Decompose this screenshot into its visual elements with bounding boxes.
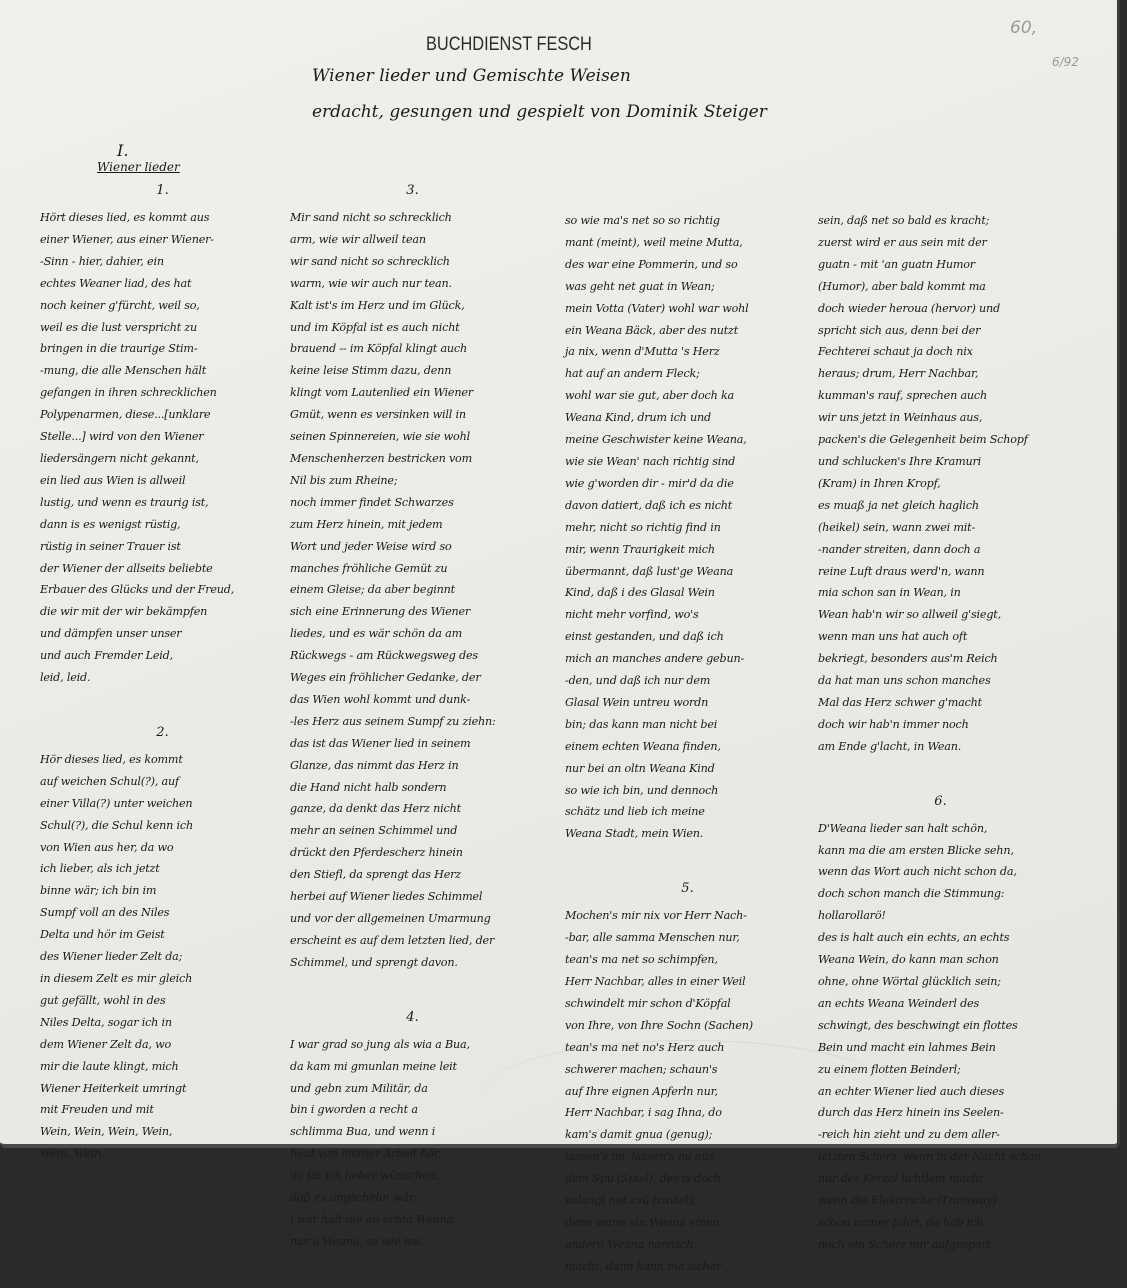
lyric-line: Mal das Herz schwer g'macht (818, 692, 1083, 714)
lyric-line: sein, daß net so bald es kracht; (818, 210, 1083, 232)
lyric-line: schwingt, des beschwingt ein flottes (818, 1015, 1083, 1037)
lyric-line: Hört dieses lied, es kommt aus (40, 207, 305, 229)
lyric-line: gefangen in ihren schrecklichen (40, 382, 305, 404)
lyric-line: mir die laute klingt, mich (40, 1056, 305, 1078)
lyric-line: Wort und jeder Weise wird so (290, 536, 555, 558)
lyric-line: zuerst wird er aus sein mit der (818, 232, 1083, 254)
lyric-line: Kind, daß i des Glasal Wein (565, 582, 830, 604)
lyric-line: gut gefällt, wohl in des (40, 990, 305, 1012)
lyric-line: wie g'worden dir - mir'd da die (565, 473, 830, 495)
lyric-line: hollarollarö! (818, 905, 1083, 927)
lyric-line: mehr, nicht so richtig find in (565, 517, 830, 539)
lyric-line: Niles Delta, sogar ich in (40, 1012, 305, 1034)
lyric-line: des is halt auch ein echts, an echts (818, 927, 1083, 949)
lyric-line: ganze, da denkt das Herz nicht (290, 798, 555, 820)
lyric-line: liedersängern nicht gekannt, (40, 448, 305, 470)
lyric-line: klingt vom Lautenlied ein Wiener (290, 382, 555, 404)
lyric-line: D'Weana lieder san halt schön, (818, 818, 1083, 840)
lyric-line: dann is es wenigst rüstig, (40, 514, 305, 536)
lyric-line: -Sinn - hier, dahier, ein (40, 251, 305, 273)
lyric-line: -bar, alle samma Menschen nur, (565, 927, 830, 949)
lyric-line: der Wiener der allseits beliebte (40, 558, 305, 580)
lyric-line: keine leise Stimm dazu, denn (290, 360, 555, 382)
lyric-line: sich eine Erinnerung des Wiener (290, 601, 555, 623)
lyric-line: letzten Scherz, wenn in der Nacht schon (818, 1146, 1083, 1154)
lyric-line: am Ende g'lacht, in Wean. (818, 736, 1083, 758)
lyric-line: Wein, Wein. (40, 1143, 305, 1154)
lyric-line: und vor der allgemeinen Umarmung (290, 908, 555, 930)
lyric-line: -mung, die alle Menschen hält (40, 360, 305, 382)
lyric-line: den Stiefl, da sprengt das Herz (290, 864, 555, 886)
stanza-number: 1. (20, 183, 305, 201)
lyric-line: einst gestanden, und daß ich (565, 626, 830, 648)
lyric-line: Sumpf voll an des Niles (40, 902, 305, 924)
lyric-line: es muaß ja net gleich haglich (818, 495, 1083, 517)
lyric-line: die Hand nicht halb sondern (290, 777, 555, 799)
lyric-line: noch immer findet Schwarzes (290, 492, 555, 514)
lyric-line: ich lieber, als ich jetzt (40, 858, 305, 880)
lyric-stanza: 2.Hör dieses lied, es kommtauf weichen S… (40, 725, 305, 1154)
lyric-line: guatn - mit 'an guatn Humor (818, 254, 1083, 276)
lyric-line: warm, wie wir auch nur tean. (290, 273, 555, 295)
lyric-line: und schlucken's Ihre Kramuri (818, 451, 1083, 473)
lyric-line: -les Herz aus seinem Sumpf zu ziehn: (290, 711, 555, 733)
lyric-line: ein lied aus Wien is allweil (40, 470, 305, 492)
lyric-line: schätz und lieb ich meine (565, 801, 830, 823)
lyric-line: die wir mit der wir bekämpfen (40, 601, 305, 623)
lyric-line: so wie ich bin, und dennoch (565, 780, 830, 802)
lyrics-column: 3.Mir sand nicht so schrecklicharm, wie … (290, 183, 555, 1154)
stanza-number: 4. (270, 1010, 555, 1028)
record-sleeve-back: BUCHDIENST FESCH Wiener lieder und Gemis… (0, 0, 1120, 1148)
lyric-line: Polypenarmen, diese...[unklare (40, 404, 305, 426)
lyric-line: brauend -- im Köpfal klingt auch (290, 338, 555, 360)
lyric-line: seinen Spinnereien, wie sie wohl (290, 426, 555, 448)
lyrics-column: so wie ma's net so so richtigmant (meint… (565, 210, 830, 1154)
lyric-line: (Humor), aber bald kommt ma (818, 276, 1083, 298)
lyric-line: Erbauer des Glücks und der Freud, (40, 579, 305, 601)
lyric-line: zum Herz hinein, mit jedem (290, 514, 555, 536)
lyric-line: doch schon manch die Stimmung: (818, 883, 1083, 905)
lyric-line: wenn das Wort auch nicht schon da, (818, 861, 1083, 883)
lyric-line: liedes, und es wär schön da am (290, 623, 555, 645)
lyric-line: und im Köpfal ist es auch nicht (290, 317, 555, 339)
lyric-line: mia schon san in Wean, in (818, 582, 1083, 604)
lyric-line: -nander streiten, dann doch a (818, 539, 1083, 561)
lyric-line: Delta und hör im Geist (40, 924, 305, 946)
ring-wear-mark (480, 1040, 900, 1151)
lyric-line: Glanze, das nimmt das Herz in (290, 755, 555, 777)
lyric-line: mich an manches andere gebun- (565, 648, 830, 670)
lyric-line: Fechterei schaut ja doch nix (818, 341, 1083, 363)
lyric-line: erscheint es auf dem letzten lied, der (290, 930, 555, 952)
lyric-line: Bein und macht ein lahmes Bein (818, 1037, 1083, 1059)
lyric-line: Gmüt, wenn es versinken will in (290, 404, 555, 426)
lyric-line: reine Luft draus werd'n, wann (818, 561, 1083, 583)
lyric-line: an echts Weana Weinderl des (818, 993, 1083, 1015)
lyric-line: schwindelt mir schon d'Köpfal (565, 993, 830, 1015)
lyric-line: was geht net guat in Wean; (565, 276, 830, 298)
lyric-line: und dämpfen unser unser (40, 623, 305, 645)
lyric-line: Nil bis zum Rheine; (290, 470, 555, 492)
lyric-line: ja nix, wenn d'Mutta 's Herz (565, 341, 830, 363)
lyric-line: Stelle...] wird von den Wiener (40, 426, 305, 448)
lyric-line: doch wieder heroua (hervor) und (818, 298, 1083, 320)
lyric-line: lustig, und wenn es traurig ist, (40, 492, 305, 514)
lyric-line: in diesem Zelt es mir gleich (40, 968, 305, 990)
lyric-line: wir sand nicht so schrecklich (290, 251, 555, 273)
section-number: I. (117, 141, 128, 160)
lyric-line: echtes Weaner liad, des hat (40, 273, 305, 295)
publisher-label: BUCHDIENST FESCH (426, 34, 592, 56)
stanza-number: 5. (545, 881, 830, 899)
pencil-date-note: 6/92 (1052, 55, 1079, 69)
pencil-price-note: 60, (1010, 18, 1037, 38)
lyric-line: binne wär; ich bin im (40, 880, 305, 902)
section-title: Wiener lieder (97, 160, 180, 174)
lyric-line: kumman's rauf, sprechen auch (818, 385, 1083, 407)
lyric-line: bin; das kann man nicht bei (565, 714, 830, 736)
lyric-line: so wie ma's net so so richtig (565, 210, 830, 232)
lyric-line: Weana Wein, do kann man schon (818, 949, 1083, 971)
lyric-line: das Wien wohl kommt und dunk- (290, 689, 555, 711)
lyric-line: wohl war sie gut, aber doch ka (565, 385, 830, 407)
lyric-line: Weges ein fröhlicher Gedanke, der (290, 667, 555, 689)
lyric-line: weil es die lust verspricht zu (40, 317, 305, 339)
lyric-line: doch wir hab'n immer noch (818, 714, 1083, 736)
lyric-line: übermannt, daß lust'ge Weana (565, 561, 830, 583)
lyric-line: einem Gleise; da aber beginnt (290, 579, 555, 601)
lyric-line: manches fröhliche Gemüt zu (290, 558, 555, 580)
lyric-line: Menschenherzen bestricken vom (290, 448, 555, 470)
lyric-line: Schul(?), die Schul kenn ich (40, 815, 305, 837)
lyric-line: bringen in die traurige Stim- (40, 338, 305, 360)
lyric-line: nur bei an oltn Weana Kind (565, 758, 830, 780)
lyric-line: packen's die Gelegenheit beim Schopf (818, 429, 1083, 451)
lyric-line: von Ihre, von Ihre Sochn (Sachen) (565, 1015, 830, 1037)
lyrics-column: 1.Hört dieses lied, es kommt auseiner Wi… (40, 183, 305, 1154)
lyric-line: kann ma die am ersten Blicke sehn, (818, 840, 1083, 862)
lyric-line: Mir sand nicht so schrecklich (290, 207, 555, 229)
lyric-stanza: so wie ma's net so so richtigmant (meint… (565, 210, 830, 845)
lyric-line: Wean hab'n wir so allweil g'siegt, (818, 604, 1083, 626)
lyric-line: rüstig in seiner Trauer ist (40, 536, 305, 558)
lyric-line: einem echten Weana finden, (565, 736, 830, 758)
lyric-line: und auch Fremder Leid, (40, 645, 305, 667)
lyric-line: leid, leid. (40, 667, 305, 689)
lyric-line: Glasal Wein untreu wordn (565, 692, 830, 714)
lyric-line: mant (meint), weil meine Mutta, (565, 232, 830, 254)
lyric-line: davon datiert, daß ich es nicht (565, 495, 830, 517)
lyric-line: von Wien aus her, da wo (40, 837, 305, 859)
lyric-line: ein Weana Bäck, aber des nutzt (565, 320, 830, 342)
lyric-line: spricht sich aus, denn bei der (818, 320, 1083, 342)
lyric-line: arm, wie wir allweil tean (290, 229, 555, 251)
lyric-line: ohne, ohne Wörtal glücklich sein; (818, 971, 1083, 993)
lyric-line: einer Wiener, aus einer Wiener- (40, 229, 305, 251)
lyric-line: Rückwegs - am Rückwegsweg des (290, 645, 555, 667)
lyric-line: heut von meiner Arbeit hör, (290, 1143, 555, 1154)
lyric-line: tean's ma net so schimpfen, (565, 949, 830, 971)
lyric-line: auf weichen Schul(?), auf (40, 771, 305, 793)
lyric-line: mehr an seinen Schimmel und (290, 820, 555, 842)
lyric-line: -den, und daß ich nur dem (565, 670, 830, 692)
lyric-line: nicht mehr vorfind, wo's (565, 604, 830, 626)
lyric-line: (heikel) sein, wann zwei mit- (818, 517, 1083, 539)
lyric-line: bekriegt, besonders aus'm Reich (818, 648, 1083, 670)
album-title: Wiener lieder und Gemischte Weisen (312, 66, 631, 86)
stanza-number: 6. (798, 794, 1083, 812)
lyric-line: hat auf an andern Fleck; (565, 363, 830, 385)
lyric-stanza: 1.Hört dieses lied, es kommt auseiner Wi… (40, 183, 305, 689)
lyric-line: einer Villa(?) unter weichen (40, 793, 305, 815)
lyric-line: wenn man uns hat auch oft (818, 626, 1083, 648)
album-subtitle: erdacht, gesungen und gespielt von Domin… (312, 102, 767, 122)
lyric-line: Hör dieses lied, es kommt (40, 749, 305, 771)
lyric-line: Schimmel, und sprengt davon. (290, 952, 555, 974)
lyric-line: Weana Stadt, mein Wien. (565, 823, 830, 845)
stanza-number: 3. (270, 183, 555, 201)
lyric-line: mir, wenn Traurigkeit mich (565, 539, 830, 561)
lyric-line: des Wiener lieder Zelt da; (40, 946, 305, 968)
lyric-line: noch keiner g'fürcht, weil so, (40, 295, 305, 317)
lyric-line: wir uns jetzt in Weinhaus aus, (818, 407, 1083, 429)
lyric-line: mein Votta (Vater) wohl war wohl (565, 298, 830, 320)
lyric-line: I war grad so jung als wia a Bua, (290, 1034, 555, 1056)
lyric-line: des war eine Pommerin, und so (565, 254, 830, 276)
lyric-line: Herr Nachbar, alles in einer Weil (565, 971, 830, 993)
lyric-stanza: 3.Mir sand nicht so schrecklicharm, wie … (290, 183, 555, 974)
lyric-line: Mochen's mir nix vor Herr Nach- (565, 905, 830, 927)
lyric-line: dem Wiener Zelt da, wo (40, 1034, 305, 1056)
lyric-line: Wein, Wein, Wein, Wein, (40, 1121, 305, 1143)
lyrics-column: sein, daß net so bald es kracht;zuerst w… (818, 210, 1083, 1154)
lyric-line: Kalt ist's im Herz und im Glück, (290, 295, 555, 317)
lyric-line: mit Freuden und mit (40, 1099, 305, 1121)
lyric-line: (Kram) in Ihren Kropf, (818, 473, 1083, 495)
lyric-line: da hat man uns schon manches (818, 670, 1083, 692)
lyric-line: herbei auf Wiener liedes Schimmel (290, 886, 555, 908)
lyric-line: heraus; drum, Herr Nachbar, (818, 363, 1083, 385)
stanza-number: 2. (20, 725, 305, 743)
lyric-line: das ist das Wiener lied in seinem (290, 733, 555, 755)
lyric-line: meine Geschwister keine Weana, (565, 429, 830, 451)
lyric-line: Wiener Heiterkeit umringt (40, 1078, 305, 1100)
lyric-line: Weana Kind, drum ich und (565, 407, 830, 429)
lyric-line: wie sie Wean' nach richtig sind (565, 451, 830, 473)
lyric-stanza: sein, daß net so bald es kracht;zuerst w… (818, 210, 1083, 758)
lyric-line: drückt den Pferdescherz hinein (290, 842, 555, 864)
